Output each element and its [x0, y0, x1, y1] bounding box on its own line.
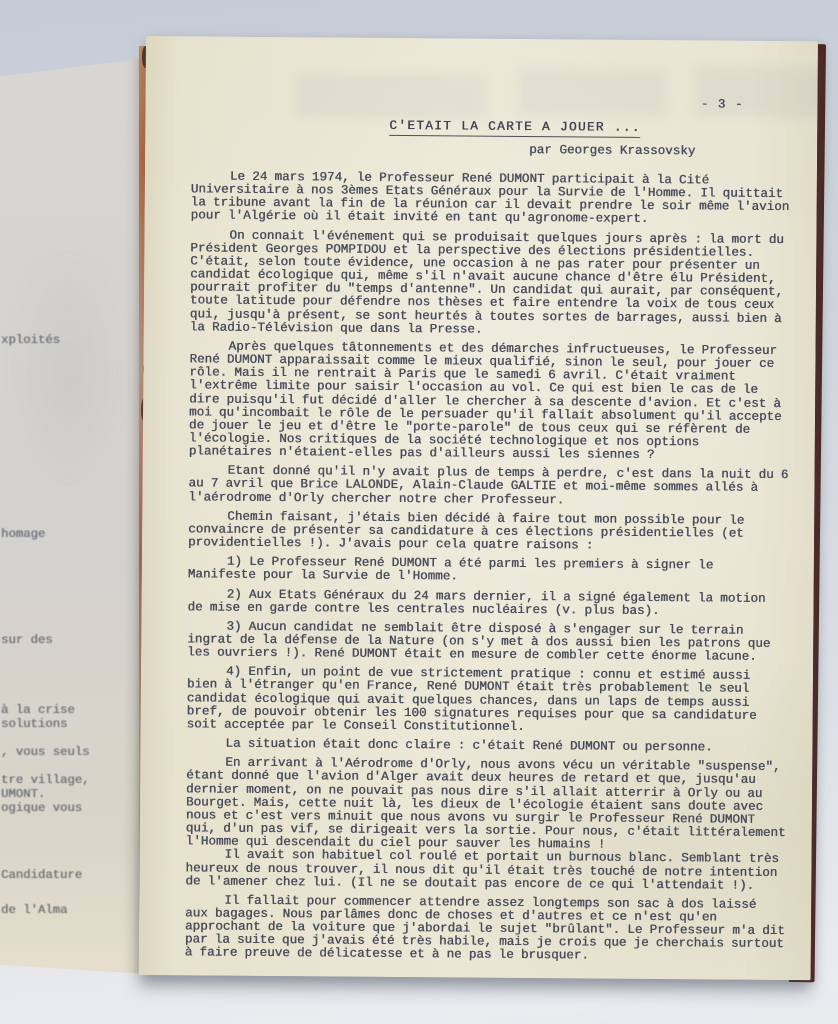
paragraph: Il fallait pour commencer attendre assez… — [185, 894, 785, 964]
text-fragment: homage — [1, 527, 45, 541]
paragraph: Chemin faisant, j'étais bien décidé à fa… — [188, 510, 788, 554]
show-through-ghost — [8, 238, 128, 498]
magazine-page: - 3 - C'ETAIT LA CARTE A JOUER ... par G… — [139, 36, 818, 980]
paragraph: Après quelques tâtonnements et des démar… — [189, 340, 790, 463]
text-fragment: ogique vous — [1, 801, 82, 815]
paragraph: 1) Le Professeur René DUMONT a été parmi… — [188, 556, 788, 587]
article-body: Le 24 mars 1974, le Professeur René DUMO… — [185, 170, 791, 964]
paragraph: 3) Aucun candidat ne semblait être dispo… — [187, 620, 787, 664]
article-title: C'ETAIT LA CARTE A JOUER ... — [389, 118, 641, 138]
article-byline: par Georges Krassovsky — [529, 143, 791, 159]
text-fragment: xploités — [1, 333, 60, 347]
text-fragment: , vous seuls — [1, 745, 90, 759]
page-content: - 3 - C'ETAIT LA CARTE A JOUER ... par G… — [139, 36, 818, 980]
paragraph: Il avait son habituel col roulé et porta… — [185, 849, 785, 893]
paragraph: La situation était donc claire : c'était… — [186, 737, 786, 755]
text-fragment: tre village, — [1, 773, 90, 787]
paragraph: En arrivant à l'Aérodrome d'Orly, nous a… — [186, 757, 787, 854]
text-fragment: UMONT. — [1, 787, 45, 801]
photo-background: xploitéshomagesur desà la crisesolutions… — [0, 0, 838, 1024]
left-page: xploitéshomagesur desà la crisesolutions… — [0, 58, 146, 974]
text-fragment: Candidature — [1, 868, 82, 882]
paragraph: 4) Enfin, un point de vue strictement pr… — [187, 666, 787, 736]
paragraph: On connait l'événement qui se produisait… — [190, 229, 791, 339]
paragraph: 2) Aux Etats Généraux du 24 mars dernier… — [187, 588, 787, 619]
text-fragment: à la crise — [1, 703, 75, 717]
text-fragment: de l'Alma — [1, 903, 67, 917]
text-fragment: sur des — [1, 633, 53, 647]
text-fragment: solutions — [1, 717, 67, 731]
paragraph: Le 24 mars 1974, le Professeur René DUMO… — [191, 170, 791, 227]
page-number: - 3 - — [701, 97, 744, 111]
paragraph: Etant donné qu'il n'y avait plus de temp… — [188, 465, 788, 509]
